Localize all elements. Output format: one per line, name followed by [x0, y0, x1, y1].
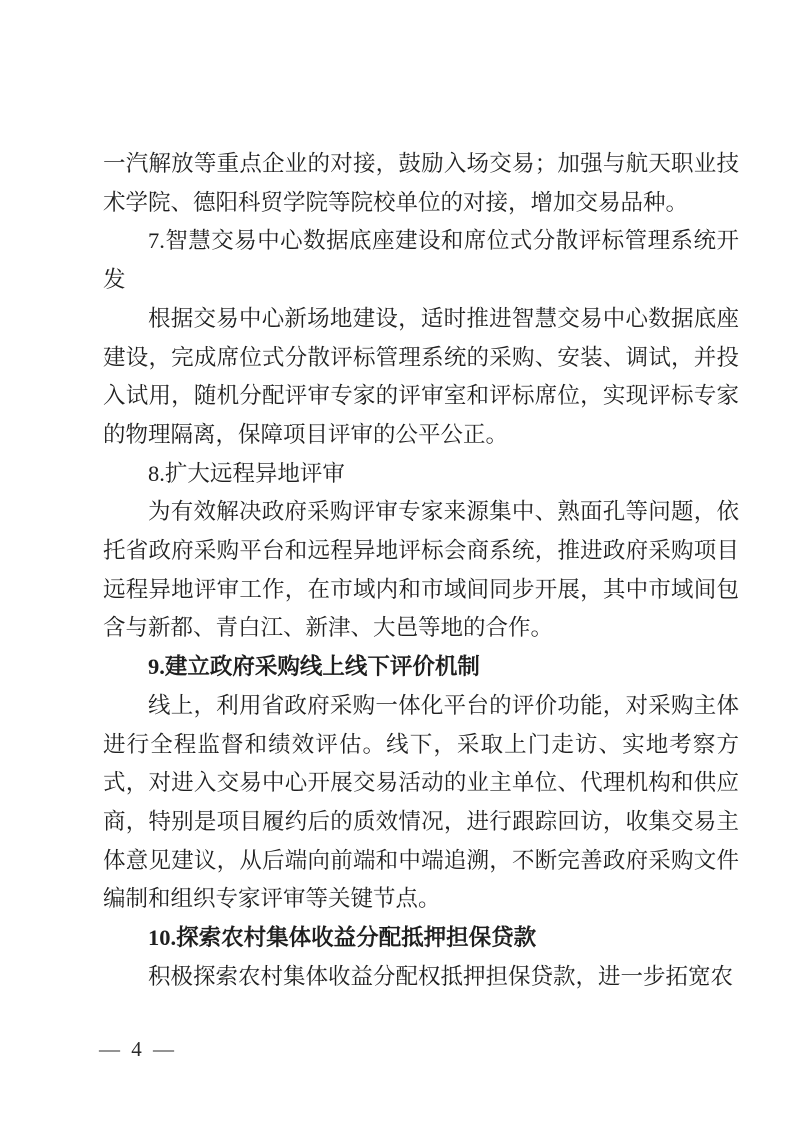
paragraph-section-8-body: 为有效解决政府采购评审专家来源集中、熟面孔等问题，依托省政府采购平台和远程异地评…	[103, 493, 739, 648]
section-heading-9-evaluation-mechanism: 9.建立政府采购线上线下评价机制	[103, 648, 739, 687]
paragraph-section-7-body: 根据交易中心新场地建设，适时推进智慧交易中心数据底座建设，完成席位式分散评标管理…	[103, 300, 739, 455]
paragraph-continuation-transactions: 一汽解放等重点企业的对接，鼓励入场交易；加强与航天职业技术学院、德阳科贸学院等院…	[103, 145, 739, 222]
section-heading-10-rural-collective-loans: 10.探索农村集体收益分配抵押担保贷款	[103, 919, 739, 958]
section-heading-7-smart-trading-center: 7.智慧交易中心数据底座建设和席位式分散评标管理系统开发	[103, 222, 739, 299]
document-page: 一汽解放等重点企业的对接，鼓励入场交易；加强与航天职业技术学院、德阳科贸学院等院…	[0, 0, 793, 1122]
paragraph-section-10-body: 积极探索农村集体收益分配权抵押担保贷款，进一步拓宽农	[103, 958, 739, 997]
page-number-footer: — 4 —	[99, 1035, 177, 1063]
section-heading-8-remote-review: 8.扩大远程异地评审	[103, 455, 739, 494]
paragraph-section-9-body: 线上，利用省政府采购一体化平台的评价功能，对采购主体进行全程监督和绩效评估。线下…	[103, 687, 739, 919]
document-text-area: 一汽解放等重点企业的对接，鼓励入场交易；加强与航天职业技术学院、德阳科贸学院等院…	[103, 145, 739, 996]
